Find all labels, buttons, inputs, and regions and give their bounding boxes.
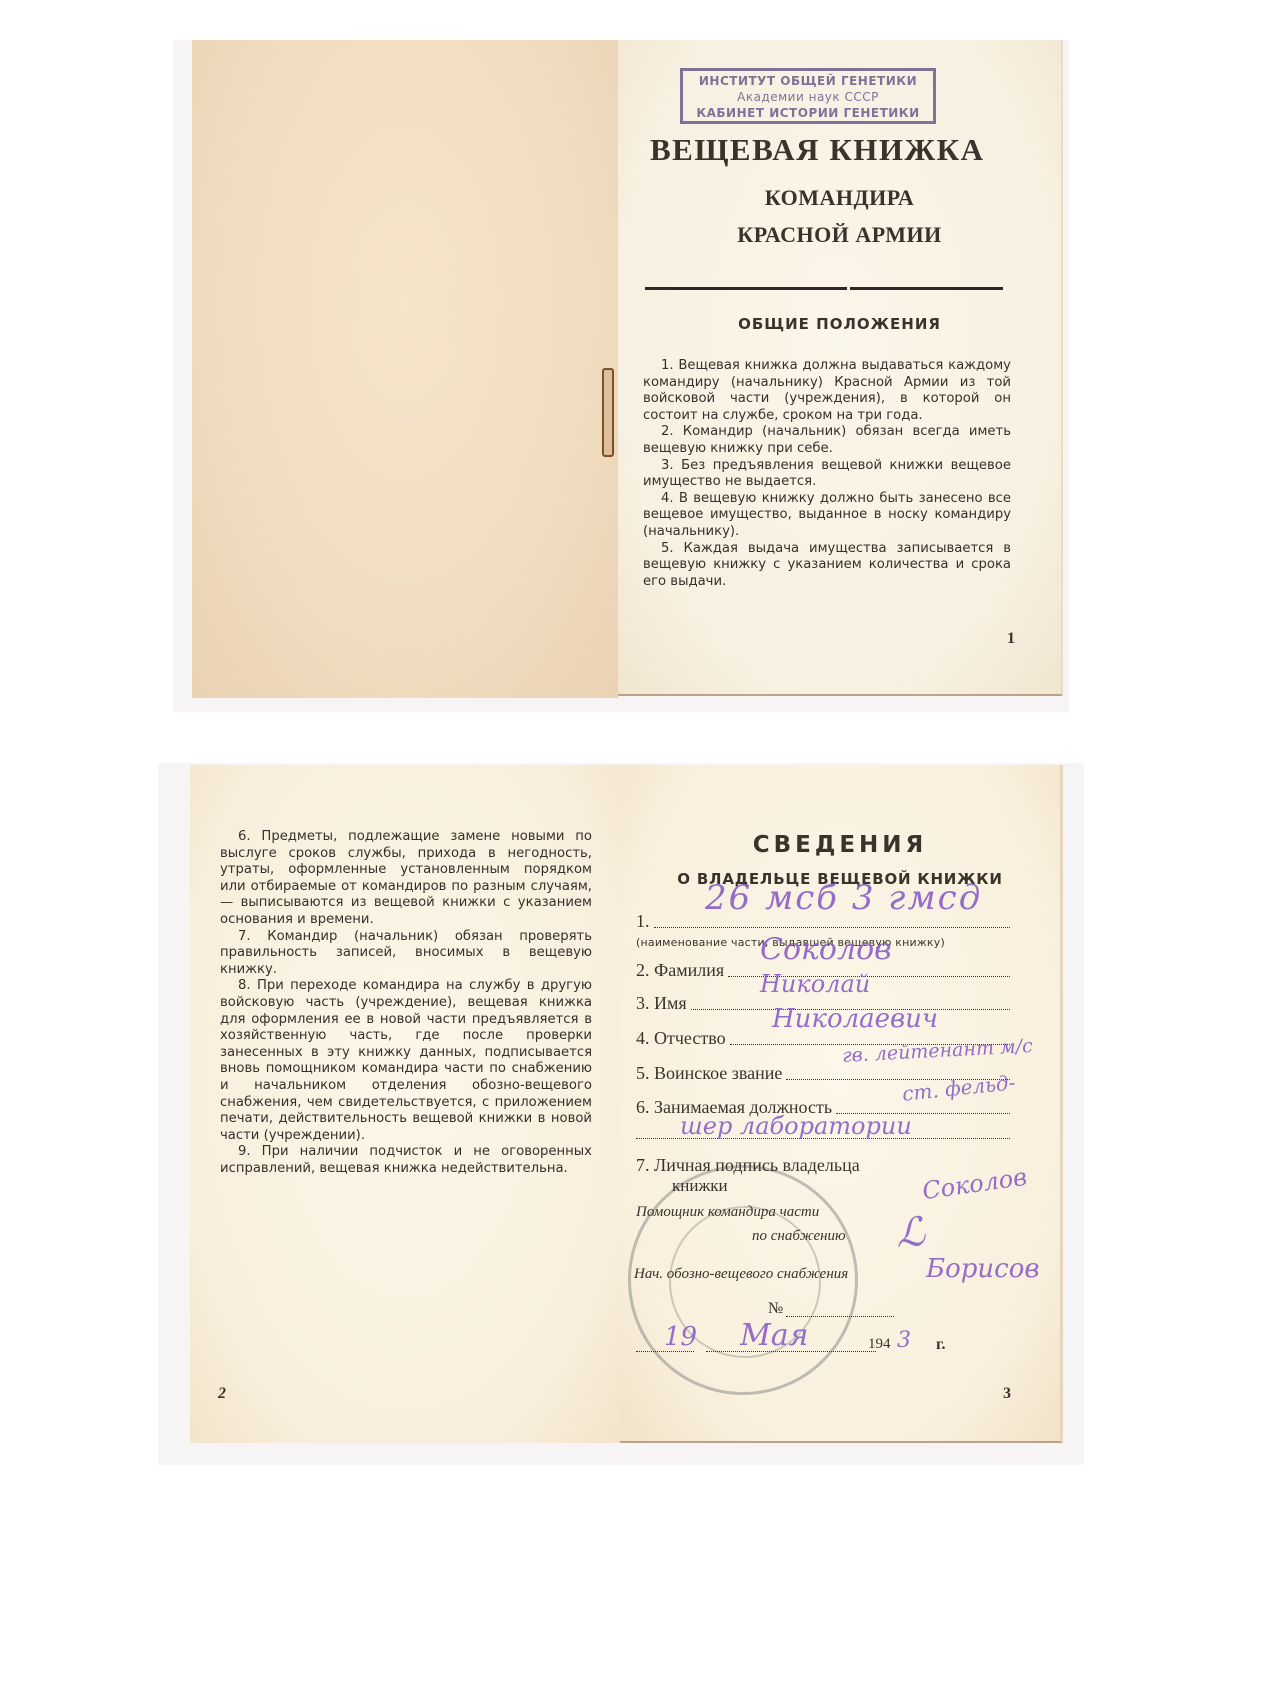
stamp-line: ИНСТИТУТ ОБЩЕЙ ГЕНЕТИКИ [683,73,933,89]
info-title: СВЕДЕНИЯ [620,832,1060,858]
general-provisions-text: 1. Вещевая книжка должна выдаваться кажд… [643,358,1011,590]
title-divider-right [850,287,1003,290]
chief-label: Нач. обозно-вещевого снабжения [634,1266,848,1283]
book-title: ВЕЩЕВАЯ КНИЖКА [650,132,1050,168]
handwritten-position-continued: шер лаборатории [680,1112,912,1140]
page-number: 3 [1003,1385,1011,1403]
title-divider-left [645,287,847,290]
assistant-label: Помощник командира части [636,1204,819,1221]
stamp-line: Академии наук СССР [683,89,933,105]
handwritten-first-name: Николай [760,970,870,998]
paragraph: 7. Командир (начальник) обязан проверять… [220,929,592,979]
handwritten-unit: 26 мсб 3 гмсд [705,878,982,918]
number-line [786,1315,894,1317]
paragraph: 8. При переходе командира на службу в др… [220,978,592,1144]
paragraph: 4. В вещевую книжку должно быть занесено… [643,491,1011,541]
field-label: 5. Воинское звание [636,1063,782,1084]
stamp-line: КАБИНЕТ ИСТОРИИ ГЕНЕТИКИ [683,105,933,121]
field-label: 4. Отчество [636,1028,726,1049]
handwritten-patronymic: Николаевич [772,1004,938,1034]
page-number: 2 [218,1385,226,1403]
page-number: 1 [1007,630,1015,648]
paragraph: 6. Предметы, подлежащие замене новыми по… [220,829,592,929]
handwritten-month: Мая [740,1318,808,1353]
section-title: ОБЩИЕ ПОЛОЖЕНИЯ [618,315,1061,333]
book-subtitle-1: КОМАНДИРА [618,185,1061,211]
institute-stamp: ИНСТИТУТ ОБЩЕЙ ГЕНЕТИКИ Академии наук СС… [680,68,936,124]
paragraph: 5. Каждая выдача имущества записывается … [643,541,1011,591]
owner-signature-label-2: книжки [672,1176,728,1196]
handwritten-day: 19 [664,1322,697,1352]
number-label: № [768,1300,783,1318]
chief-signature: Борисов [926,1254,1040,1284]
rules-text: 6. Предметы, подлежащие замене новыми по… [220,829,592,1177]
inside-cover-page [192,40,618,698]
field-label: 3. Имя [636,993,687,1014]
paragraph: 3. Без предъявления вещевой книжки вещев… [643,458,1011,491]
paragraph: 2. Командир (начальник) обязан всегда им… [643,424,1011,457]
paragraph: 9. При наличии подчисток и не оговоренны… [220,1144,592,1177]
binding-staple [602,368,614,457]
handwritten-surname: Соколов [760,932,892,967]
date-year-prefix: 194 [868,1336,891,1353]
year-unit: г. [936,1336,945,1354]
assistant-label-2: по снабжению [752,1228,846,1245]
handwritten-year-digit: 3 [897,1328,911,1353]
field-label: 1. [636,911,650,932]
field-label: 2. Фамилия [636,960,724,981]
assistant-signature-icon: ℒ [894,1209,926,1257]
paragraph: 1. Вещевая книжка должна выдаваться кажд… [643,358,1011,424]
book-subtitle-2: КРАСНОЙ АРМИИ [618,222,1061,248]
field-line [654,926,1011,928]
